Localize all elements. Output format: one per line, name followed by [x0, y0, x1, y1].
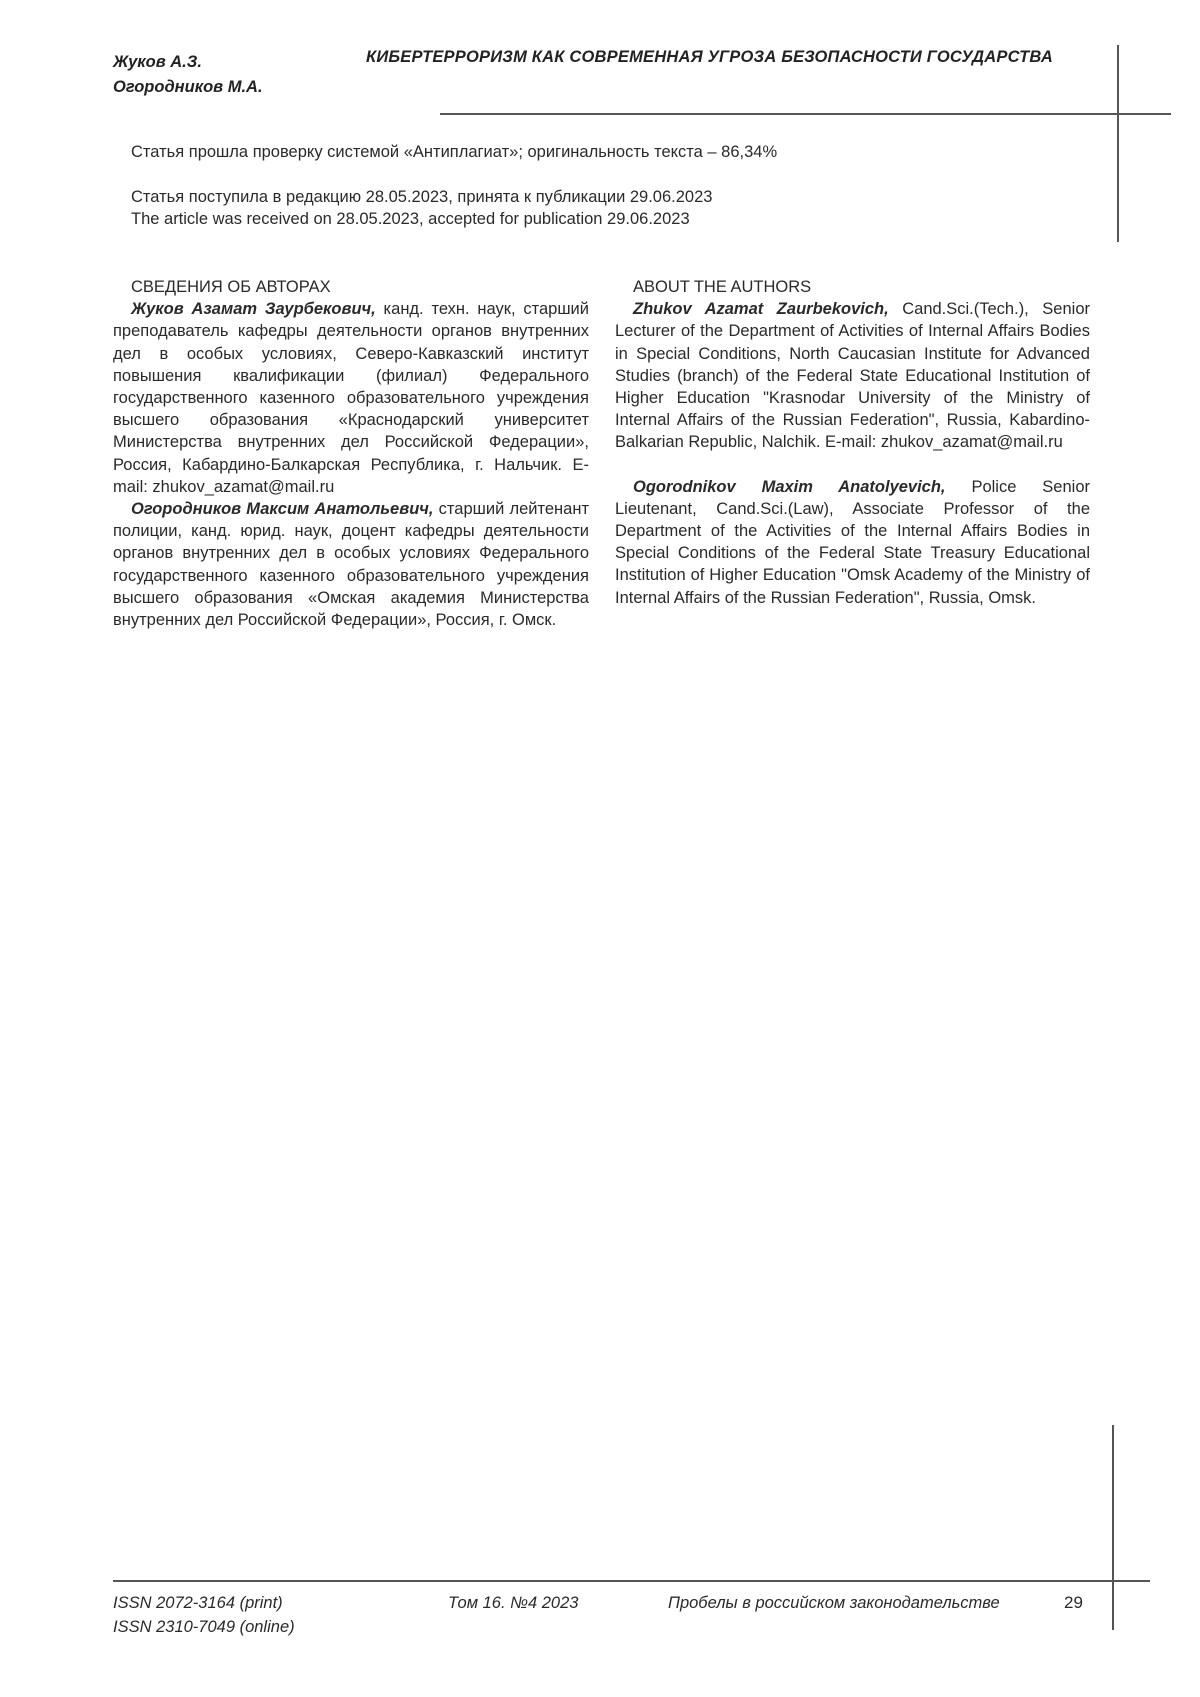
header-author-1: Жуков А.З. [113, 50, 263, 75]
issn-print: ISSN 2072-3164 (print) [113, 1591, 295, 1615]
author-name: Огородников Максим Анатольевич, [131, 500, 433, 518]
footer-vertical-rule [1112, 1425, 1114, 1630]
issn-online: ISSN 2310-7049 (online) [113, 1615, 295, 1639]
author-entry-en: Zhukov Azamat Zaurbekovich, Cand.Sci.(Te… [615, 298, 1090, 453]
running-header-title: КИБЕРТЕРРОРИЗМ КАК СОВРЕМЕННАЯ УГРОЗА БЕ… [366, 48, 1096, 67]
author-details: канд. техн. наук, старший преподаватель … [113, 300, 589, 496]
section-heading-en: ABOUT THE AUTHORS [615, 276, 1090, 298]
author-name: Zhukov Azamat Zaurbekovich, [633, 300, 889, 318]
footer-horizontal-rule [113, 1580, 1150, 1582]
footer-journal-name: Пробелы в российском законодательстве [668, 1591, 1000, 1615]
author-name: Жуков Азамат Заурбекович, [131, 300, 376, 318]
author-details: старший лейтенант полиции, канд. юрид. н… [113, 500, 589, 629]
running-header-authors: Жуков А.З. Огородников М.А. [113, 50, 263, 100]
received-date-en: The article was received on 28.05.2023, … [131, 208, 690, 230]
author-entry-en: Ogorodnikov Maxim Anatolyevich, Police S… [615, 476, 1090, 609]
authors-info-ru: СВЕДЕНИЯ ОБ АВТОРАХ Жуков Азамат Заурбек… [113, 276, 589, 631]
section-heading-ru: СВЕДЕНИЯ ОБ АВТОРАХ [113, 276, 589, 298]
author-details: Cand.Sci.(Tech.), Senior Lecturer of the… [615, 300, 1090, 451]
header-horizontal-rule [440, 113, 1171, 115]
header-author-2: Огородников М.А. [113, 75, 263, 100]
antiplagiat-note: Статья прошла проверку системой «Антипла… [131, 141, 777, 163]
author-entry-ru: Жуков Азамат Заурбекович, канд. техн. на… [113, 298, 589, 498]
authors-info-en: ABOUT THE AUTHORS Zhukov Azamat Zaurbeko… [615, 276, 1090, 609]
author-entry-ru: Огородников Максим Анатольевич, старший … [113, 498, 589, 631]
page-number: 29 [1064, 1591, 1083, 1615]
footer-issn: ISSN 2072-3164 (print) ISSN 2310-7049 (o… [113, 1591, 295, 1639]
header-vertical-rule [1117, 45, 1119, 242]
footer-volume: Том 16. №4 2023 [448, 1591, 578, 1615]
received-date-ru: Статья поступила в редакцию 28.05.2023, … [131, 186, 712, 208]
author-name: Ogorodnikov Maxim Anatolyevich, [633, 478, 946, 496]
author-details: Police Senior Lieutenant, Cand.Sci.(Law)… [615, 478, 1090, 607]
